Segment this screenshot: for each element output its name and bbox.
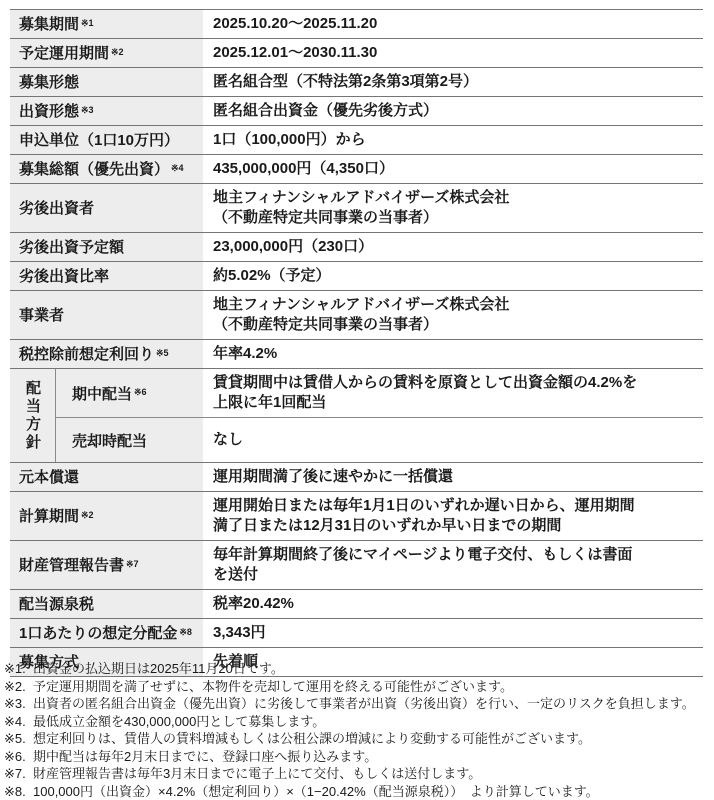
row-value: なし — [203, 418, 703, 462]
footnote-marker: ※8. — [4, 783, 33, 800]
row-total-offering-amount: 募集総額（優先出資）※4 435,000,000円（4,350口） — [10, 154, 703, 183]
footnote-text: 期中配当は毎年2月末日までに、登録口座へ振り込みます。 — [33, 748, 712, 766]
row-offering-period: 募集期間※1 2025.10.20～2025.11.20 — [10, 9, 703, 38]
label-text: 事業者 — [19, 306, 64, 325]
label-text: 劣後出資比率 — [19, 267, 109, 286]
row-expected-distribution-per-unit: 1口あたりの想定分配金※8 3,343円 — [10, 618, 703, 647]
label-text: 劣後出資者 — [19, 199, 94, 218]
group-label: 配当方針 — [10, 369, 56, 462]
row-value: 地主フィナンシャルアドバイザーズ株式会社（不動産特定共同事業の当事者） — [203, 184, 703, 232]
footnote-3: ※3.出資者の匿名組合出資金（優先出資）に劣後して事業者が出資（劣後出資）を行い… — [4, 695, 712, 713]
footnote-6: ※6.期中配当は毎年2月末日までに、登録口座へ振り込みます。 — [4, 748, 712, 766]
fund-spec-page: 募集期間※1 2025.10.20～2025.11.20 予定運用期間※2 20… — [0, 0, 714, 800]
row-value: 匿名組合型（不特法第2条第3項第2号） — [203, 68, 703, 96]
label-text: 計算期間 — [19, 507, 79, 526]
label-text: 募集期間 — [19, 15, 79, 34]
row-value: 1口（100,000円）から — [203, 126, 703, 154]
row-value: 3,343円 — [203, 619, 703, 647]
row-value: 23,000,000円（230口） — [203, 233, 703, 261]
row-value: 運用期間満了後に速やかに一括償還 — [203, 463, 703, 491]
footnote-text: 出資者の匿名組合出資金（優先出資）に劣後して事業者が出資（劣後出資）を行い、一定… — [33, 695, 712, 713]
row-label: 募集総額（優先出資）※4 — [10, 155, 203, 183]
footnote-text: 想定利回りは、賃借人の賃料増減もしくは公租公課の増減により変動する可能性がござい… — [33, 730, 712, 748]
row-label: 予定運用期間※2 — [10, 39, 203, 67]
row-label: 税控除前想定利回り※5 — [10, 340, 203, 368]
footnote-ref: ※6 — [134, 387, 147, 398]
label-text: 配当源泉税 — [19, 595, 94, 614]
footnote-marker: ※4. — [4, 713, 33, 731]
footnote-marker: ※3. — [4, 695, 33, 713]
row-asset-management-report: 財産管理報告書※7 毎年計算期間終了後にマイページより電子交付、もしくは書面を送… — [10, 540, 703, 589]
footnote-text: 出資金の払込期日は2025年11月20日です。 — [33, 660, 712, 678]
row-value: 税率20.42% — [203, 590, 703, 618]
footnote-text: 100,000円（出資金）×4.2%（想定利回り）×（1−20.42%（配当源泉… — [33, 783, 712, 800]
footnote-ref: ※4 — [171, 159, 184, 178]
footnote-4: ※4.最低成立金額を430,000,000円として募集します。 — [4, 713, 712, 731]
footnote-marker: ※1. — [4, 660, 33, 678]
sub-row-label: 期中配当※6 — [56, 369, 203, 417]
row-subordinated-ratio: 劣後出資比率 約5.02%（予定） — [10, 261, 703, 290]
row-value: 年率4.2% — [203, 340, 703, 368]
footnote-marker: ※5. — [4, 730, 33, 748]
row-value: 2025.10.20～2025.11.20 — [203, 10, 703, 38]
dividend-policy-subrows: 期中配当※6 賃貸期間中は賃借人からの賃料を原資として出資金額の4.2%を上限に… — [56, 369, 703, 462]
label-text: 出資形態 — [19, 102, 79, 121]
footnote-5: ※5.想定利回りは、賃借人の賃料増減もしくは公租公課の増減により変動する可能性が… — [4, 730, 712, 748]
row-label: 計算期間※2 — [10, 492, 203, 540]
footnote-text: 予定運用期間を満了せずに、本物件を売却して運用を終える可能性がございます。 — [33, 678, 712, 696]
row-label: 募集期間※1 — [10, 10, 203, 38]
row-value: 匿名組合出資金（優先劣後方式） — [203, 97, 703, 125]
footnote-ref: ※1 — [81, 14, 94, 33]
label-text: 期中配当 — [72, 383, 132, 404]
row-value: 賃貸期間中は賃借人からの賃料を原資として出資金額の4.2%を上限に年1回配当 — [203, 369, 703, 417]
row-label: 劣後出資予定額 — [10, 233, 203, 261]
row-label: 出資形態※3 — [10, 97, 203, 125]
label-text: 募集総額（優先出資） — [19, 160, 169, 179]
row-value: 地主フィナンシャルアドバイザーズ株式会社（不動産特定共同事業の当事者） — [203, 291, 703, 339]
row-value: 毎年計算期間終了後にマイページより電子交付、もしくは書面を送付 — [203, 541, 703, 589]
row-interim-dividend: 期中配当※6 賃貸期間中は賃借人からの賃料を原資として出資金額の4.2%を上限に… — [56, 369, 703, 417]
row-value: 435,000,000円（4,350口） — [203, 155, 703, 183]
footnote-ref: ※7 — [126, 555, 139, 574]
row-principal-redemption: 元本償還 運用期間満了後に速やかに一括償還 — [10, 462, 703, 491]
row-dividend-withholding-tax: 配当源泉税 税率20.42% — [10, 589, 703, 618]
fund-details-table: 募集期間※1 2025.10.20～2025.11.20 予定運用期間※2 20… — [10, 9, 703, 677]
row-planned-operation-period: 予定運用期間※2 2025.12.01～2030.11.30 — [10, 38, 703, 67]
footnote-1: ※1.出資金の払込期日は2025年11月20日です。 — [4, 660, 712, 678]
row-value: 2025.12.01～2030.11.30 — [203, 39, 703, 67]
row-label: 元本償還 — [10, 463, 203, 491]
row-value: 約5.02%（予定） — [203, 262, 703, 290]
row-value: 運用開始日または毎年1月1日のいずれか遅い日から、運用期間満了日または12月31… — [203, 492, 703, 540]
label-text: 売却時配当 — [72, 430, 147, 451]
row-offering-type: 募集形態 匿名組合型（不特法第2条第3項第2号） — [10, 67, 703, 96]
row-label: 事業者 — [10, 291, 203, 339]
label-text: 募集形態 — [19, 73, 79, 92]
row-expected-yield: 税控除前想定利回り※5 年率4.2% — [10, 339, 703, 368]
label-text: 申込単位（1口10万円） — [19, 131, 179, 150]
row-label: 1口あたりの想定分配金※8 — [10, 619, 203, 647]
footnote-text: 最低成立金額を430,000,000円として募集します。 — [33, 713, 712, 731]
row-subordinated-investment-amount: 劣後出資予定額 23,000,000円（230口） — [10, 232, 703, 261]
row-investment-type: 出資形態※3 匿名組合出資金（優先劣後方式） — [10, 96, 703, 125]
label-text: 予定運用期間 — [19, 44, 109, 63]
footnote-text: 財産管理報告書は毎年3月末日までに電子上にて交付、もしくは送付します。 — [33, 765, 712, 783]
row-subordinated-investor: 劣後出資者 地主フィナンシャルアドバイザーズ株式会社（不動産特定共同事業の当事者… — [10, 183, 703, 232]
row-group-dividend-policy: 配当方針 期中配当※6 賃貸期間中は賃借人からの賃料を原資として出資金額の4.2… — [10, 368, 703, 462]
label-text: 財産管理報告書 — [19, 556, 124, 575]
footnote-marker: ※7. — [4, 765, 33, 783]
footnote-2: ※2.予定運用期間を満了せずに、本物件を売却して運用を終える可能性がございます。 — [4, 678, 712, 696]
footnote-ref: ※2 — [81, 506, 94, 525]
row-application-unit: 申込単位（1口10万円） 1口（100,000円）から — [10, 125, 703, 154]
footnote-marker: ※6. — [4, 748, 33, 766]
footnote-7: ※7.財産管理報告書は毎年3月末日までに電子上にて交付、もしくは送付します。 — [4, 765, 712, 783]
footnote-ref: ※5 — [156, 344, 169, 363]
row-calculation-period: 計算期間※2 運用開始日または毎年1月1日のいずれか遅い日から、運用期間満了日ま… — [10, 491, 703, 540]
label-text: 税控除前想定利回り — [19, 345, 154, 364]
label-text: 元本償還 — [19, 468, 79, 487]
row-label: 申込単位（1口10万円） — [10, 126, 203, 154]
footnote-ref: ※8 — [179, 623, 192, 642]
row-business-operator: 事業者 地主フィナンシャルアドバイザーズ株式会社（不動産特定共同事業の当事者） — [10, 290, 703, 339]
row-sale-dividend: 売却時配当 なし — [56, 417, 703, 462]
footnotes-list: ※1.出資金の払込期日は2025年11月20日です。 ※2.予定運用期間を満了せ… — [4, 660, 712, 800]
row-label: 財産管理報告書※7 — [10, 541, 203, 589]
footnote-marker: ※2. — [4, 678, 33, 696]
row-label: 劣後出資比率 — [10, 262, 203, 290]
group-label-text: 配当方針 — [25, 380, 40, 452]
row-label: 募集形態 — [10, 68, 203, 96]
footnote-ref: ※3 — [81, 101, 94, 120]
footnote-ref: ※2 — [111, 43, 124, 62]
row-label: 配当源泉税 — [10, 590, 203, 618]
sub-row-label: 売却時配当 — [56, 418, 203, 462]
label-text: 劣後出資予定額 — [19, 238, 124, 257]
footnote-8: ※8.100,000円（出資金）×4.2%（想定利回り）×（1−20.42%（配… — [4, 783, 712, 800]
row-label: 劣後出資者 — [10, 184, 203, 232]
label-text: 1口あたりの想定分配金 — [19, 624, 177, 643]
